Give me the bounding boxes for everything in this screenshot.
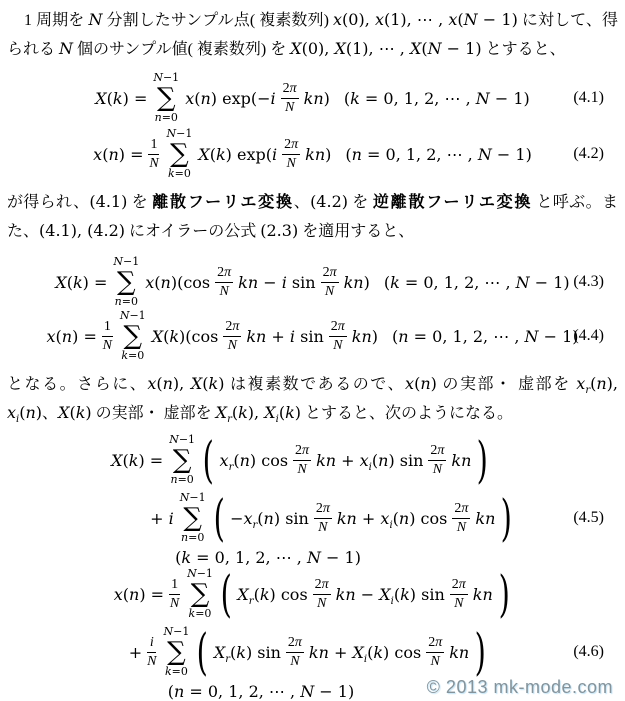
- math-term: +: [129, 643, 142, 662]
- big-right-paren: ): [501, 493, 512, 543]
- math-term: kn: [451, 451, 471, 470]
- fraction: 2πN: [282, 136, 300, 172]
- sum-lower-limit: k=0: [165, 666, 188, 678]
- jp-text: とすると、: [482, 41, 566, 58]
- fraction: 2πN: [293, 442, 311, 478]
- equation-body: X(k) = N−1∑n=0 x(n) exp(−i 2πN kn) (k = …: [95, 72, 529, 124]
- fraction: 2πN: [313, 576, 331, 612]
- fraction: 2πN: [286, 634, 304, 670]
- fraction-numerator: 2π: [293, 442, 311, 461]
- math-inline: x(n): [405, 374, 437, 393]
- sum-lower-limit: n=0: [155, 112, 178, 124]
- math-lhs: X(k) =: [95, 89, 147, 108]
- fraction: 2πN: [428, 442, 446, 478]
- fraction-numerator: 2π: [428, 442, 446, 461]
- fraction-denominator: N: [450, 595, 468, 612]
- equation-4-5: X(k) = N−1∑n=0 ( xr(n) cos 2πN kn + xi(n…: [7, 434, 618, 568]
- sigma-icon: ∑: [167, 638, 186, 666]
- fraction: 2πN: [314, 500, 332, 536]
- equation-number: (4.5): [573, 509, 604, 527]
- sigma-icon: ∑: [183, 504, 202, 532]
- copyright-watermark: © 2013 mk-mode.com: [427, 677, 613, 698]
- sigma-icon: ∑: [123, 322, 142, 350]
- fraction: 2πN: [281, 80, 299, 116]
- equation-line-2: + iN N−1∑k=0 ( Xr(k) sin 2πN kn + Xi(k) …: [129, 626, 512, 678]
- fraction-numerator: 1: [169, 576, 180, 595]
- fraction-numerator: 2π: [314, 500, 332, 519]
- sigma-icon: ∑: [173, 446, 192, 474]
- sum-lower-limit: k=0: [189, 608, 212, 620]
- jp-text: にオイラーの公式: [125, 223, 260, 240]
- fraction: 2πN: [215, 264, 233, 300]
- equation-line-1: x(n) = 1N N−1∑k=0 ( Xr(k) cos 2πN kn − X…: [114, 568, 512, 620]
- summation: N−1∑k=0: [163, 626, 189, 678]
- math-term: kn + i sin: [246, 327, 323, 346]
- math-term: kn: [475, 509, 495, 528]
- math-term: −xr(n) sin: [230, 509, 309, 528]
- math-term: kn + Xi(k) cos: [309, 643, 421, 662]
- equation-condition: (k = 0, 1, 2, ⋯ , N − 1): [384, 273, 570, 292]
- sum-lower-limit: k=0: [168, 168, 191, 180]
- sigma-icon: ∑: [170, 140, 189, 168]
- fraction-numerator: 2π: [281, 80, 299, 99]
- big-left-paren: (: [197, 627, 208, 677]
- fraction: 1N: [102, 318, 113, 354]
- big-right-paren: ): [475, 627, 486, 677]
- jp-text: を適用すると、: [298, 223, 414, 240]
- math-lhs: x(n) =: [47, 327, 97, 346]
- fraction: 2πN: [452, 500, 470, 536]
- math-inline-N: N: [88, 10, 102, 29]
- equation-condition: (n = 0, 1, 2, ⋯ , N − 1): [168, 682, 354, 701]
- fraction-numerator: 2π: [321, 264, 339, 283]
- math-term: Xr(k) sin: [214, 643, 281, 662]
- jp-text: 個のサンプル値( 複素数列) を: [73, 41, 290, 58]
- big-right-paren: ): [477, 435, 488, 485]
- fraction-denominator: N: [169, 595, 180, 612]
- fraction-denominator: N: [428, 461, 446, 478]
- jp-text: が得られ、: [7, 194, 89, 211]
- sigma-icon: ∑: [157, 84, 176, 112]
- term-dft-bold: 離散フーリエ変換: [152, 194, 294, 211]
- math-term: x(n) exp(−i: [185, 89, 275, 108]
- math-inline-X-sequence: X(0), X(1), ⋯ , X(N − 1): [290, 39, 481, 58]
- fraction-denominator: N: [321, 283, 339, 300]
- paragraph-complex-parts: となる。さらに、x(n), X(k) は複素数であるので、x(n) の実部・ 虚…: [7, 370, 618, 428]
- summation: N−1∑n=0: [153, 72, 179, 124]
- fraction-denominator: N: [452, 519, 470, 536]
- math-inline-x-sequence: x(0), x(1), ⋯ , x(N − 1): [333, 10, 518, 29]
- fraction-denominator: N: [215, 283, 233, 300]
- fraction-denominator: N: [223, 337, 241, 354]
- jp-text: の実部・ 虚部を: [437, 376, 576, 393]
- equation-condition: (n = 0, 1, 2, ⋯ , N − 1): [345, 145, 531, 164]
- math-lhs: X(k) =: [55, 273, 107, 292]
- math-term: kn + xi(n) sin: [316, 451, 423, 470]
- fraction-numerator: 2π: [426, 634, 444, 653]
- sigma-icon: ∑: [117, 268, 136, 296]
- equation-4-4: x(n) = 1N N−1∑k=0 X(k)(cos 2πN kn + i si…: [7, 310, 618, 362]
- math-term: kn): [352, 327, 378, 346]
- math-lhs: X(k) =: [111, 451, 163, 470]
- sigma-icon: ∑: [191, 580, 210, 608]
- big-left-paren: (: [213, 493, 224, 543]
- math-inline: Xr(k), Xi(k): [216, 403, 301, 422]
- fraction: 2πN: [223, 318, 241, 354]
- fraction-denominator: N: [148, 155, 159, 172]
- equation-4-1: X(k) = N−1∑n=0 x(n) exp(−i 2πN kn) (k = …: [7, 72, 618, 124]
- fraction-numerator: 2π: [452, 500, 470, 519]
- math-term: kn: [473, 585, 493, 604]
- big-left-paren: (: [221, 569, 232, 619]
- summation: N−1∑k=0: [120, 310, 146, 362]
- equation-lines: X(k) = N−1∑n=0 ( xr(n) cos 2πN kn + xi(n…: [111, 434, 514, 568]
- math-term: + i: [150, 509, 174, 528]
- equation-body: x(n) = 1N N−1∑k=0 X(k)(cos 2πN kn + i si…: [47, 310, 579, 362]
- math-term: kn + xi(n) cos: [337, 509, 448, 528]
- math-term: xr(n) cos: [220, 451, 289, 470]
- fraction-denominator: N: [282, 155, 300, 172]
- math-term: kn): [304, 89, 330, 108]
- equation-number: (4.4): [573, 327, 604, 345]
- fraction: iN: [147, 634, 156, 670]
- equation-condition: (k = 0, 1, 2, ⋯ , N − 1): [175, 548, 361, 568]
- jp-text: の実部・ 虚部を: [92, 405, 216, 422]
- fraction-denominator: N: [426, 653, 444, 670]
- eq-reference: (2.3): [260, 221, 298, 240]
- sum-lower-limit: k=0: [121, 350, 144, 362]
- fraction-numerator: 1: [148, 136, 159, 155]
- summation: N−1∑k=0: [166, 128, 192, 180]
- jp-text: となる。さらに、: [7, 376, 147, 393]
- jp-text: 1 周期を: [24, 12, 88, 29]
- fraction: 2πN: [426, 634, 444, 670]
- jp-text: とすると、次のようになる。: [301, 405, 513, 422]
- equation-body: x(n) = 1N N−1∑k=0 X(k) exp(i 2πN kn) (n …: [93, 128, 532, 180]
- math-inline: x(n), X(k): [147, 374, 224, 393]
- fraction-numerator: 2π: [215, 264, 233, 283]
- jp-text: 、: [42, 405, 58, 422]
- fraction-numerator: 2π: [286, 634, 304, 653]
- math-term: kn − i sin: [238, 273, 315, 292]
- fraction-denominator: N: [329, 337, 347, 354]
- fraction-denominator: N: [102, 337, 113, 354]
- sum-lower-limit: n=0: [181, 532, 204, 544]
- math-lhs: x(n) =: [93, 145, 143, 164]
- fraction-denominator: N: [286, 653, 304, 670]
- paragraph-intro: 1 周期を N 分割したサンプル点( 複素数列) x(0), x(1), ⋯ ,…: [7, 6, 618, 64]
- summation: N−1∑k=0: [187, 568, 213, 620]
- sum-lower-limit: n=0: [170, 474, 193, 486]
- jp-text: を: [127, 194, 152, 211]
- fraction-numerator: 2π: [450, 576, 468, 595]
- equation-number: (4.1): [573, 89, 604, 107]
- equation-condition: (k = 0, 1, 2, ⋯ , N − 1): [344, 89, 530, 108]
- fraction-numerator: i: [147, 634, 156, 653]
- fraction-denominator: N: [281, 99, 299, 116]
- math-term: kn): [305, 145, 331, 164]
- summation: N−1∑n=0: [180, 492, 206, 544]
- jp-text: 分割したサンプル点( 複素数列): [102, 12, 333, 29]
- equation-line-1: X(k) = N−1∑n=0 ( xr(n) cos 2πN kn + xi(n…: [111, 434, 514, 486]
- sum-lower-limit: n=0: [115, 296, 138, 308]
- fraction-numerator: 2π: [329, 318, 347, 337]
- jp-text: 、: [294, 194, 310, 211]
- equation-line-2: + i N−1∑n=0 ( −xr(n) sin 2πN kn + xi(n) …: [150, 492, 514, 544]
- fraction-denominator: N: [314, 519, 332, 536]
- fraction: 1N: [148, 136, 159, 172]
- eq-reference: (4.1), (4.2): [39, 221, 125, 240]
- eq-reference: (4.2): [310, 192, 348, 211]
- math-term: x(n)(cos: [145, 273, 210, 292]
- equation-body: X(k) = N−1∑n=0 x(n)(cos 2πN kn − i sin 2…: [55, 256, 569, 308]
- jp-text: を: [348, 194, 373, 211]
- fraction-denominator: N: [147, 653, 156, 670]
- fraction-denominator: N: [313, 595, 331, 612]
- math-lhs: x(n) =: [114, 585, 164, 604]
- equation-condition: (n = 0, 1, 2, ⋯ , N − 1): [392, 327, 578, 346]
- fraction: 2πN: [321, 264, 339, 300]
- equation-number: (4.3): [573, 273, 604, 291]
- fraction-denominator: N: [293, 461, 311, 478]
- summation: N−1∑n=0: [169, 434, 195, 486]
- summation: N−1∑n=0: [113, 256, 139, 308]
- fraction-numerator: 2π: [223, 318, 241, 337]
- fraction-numerator: 1: [102, 318, 113, 337]
- math-inline: X(k): [58, 403, 92, 422]
- paragraph-dft-naming: が得られ、(4.1) を 離散フーリエ変換、(4.2) を 逆離散フーリエ変換 …: [7, 188, 618, 246]
- math-term: kn): [344, 273, 370, 292]
- math-inline-N: N: [59, 39, 73, 58]
- math-term: kn: [449, 643, 469, 662]
- fraction-numerator: 2π: [313, 576, 331, 595]
- math-term: Xr(k) cos: [237, 585, 307, 604]
- equation-4-2: x(n) = 1N N−1∑k=0 X(k) exp(i 2πN kn) (n …: [7, 128, 618, 180]
- fraction: 1N: [169, 576, 180, 612]
- math-term: kn − Xi(k) sin: [336, 585, 445, 604]
- equation-4-3: X(k) = N−1∑n=0 x(n)(cos 2πN kn − i sin 2…: [7, 256, 618, 308]
- equation-number: (4.6): [573, 643, 604, 661]
- math-term: X(k) exp(i: [198, 145, 277, 164]
- math-term: X(k)(cos: [152, 327, 219, 346]
- big-right-paren: ): [498, 569, 509, 619]
- equation-number: (4.2): [573, 145, 604, 163]
- fraction: 2πN: [329, 318, 347, 354]
- fraction: 2πN: [450, 576, 468, 612]
- eq-reference: (4.1): [89, 192, 127, 211]
- term-idft-bold: 逆離散フーリエ変換: [373, 194, 532, 211]
- jp-text: は複素数であるので、: [224, 376, 405, 393]
- document-page: 1 周期を N 分割したサンプル点( 複素数列) x(0), x(1), ⋯ ,…: [0, 0, 625, 701]
- big-left-paren: (: [203, 435, 214, 485]
- fraction-numerator: 2π: [282, 136, 300, 155]
